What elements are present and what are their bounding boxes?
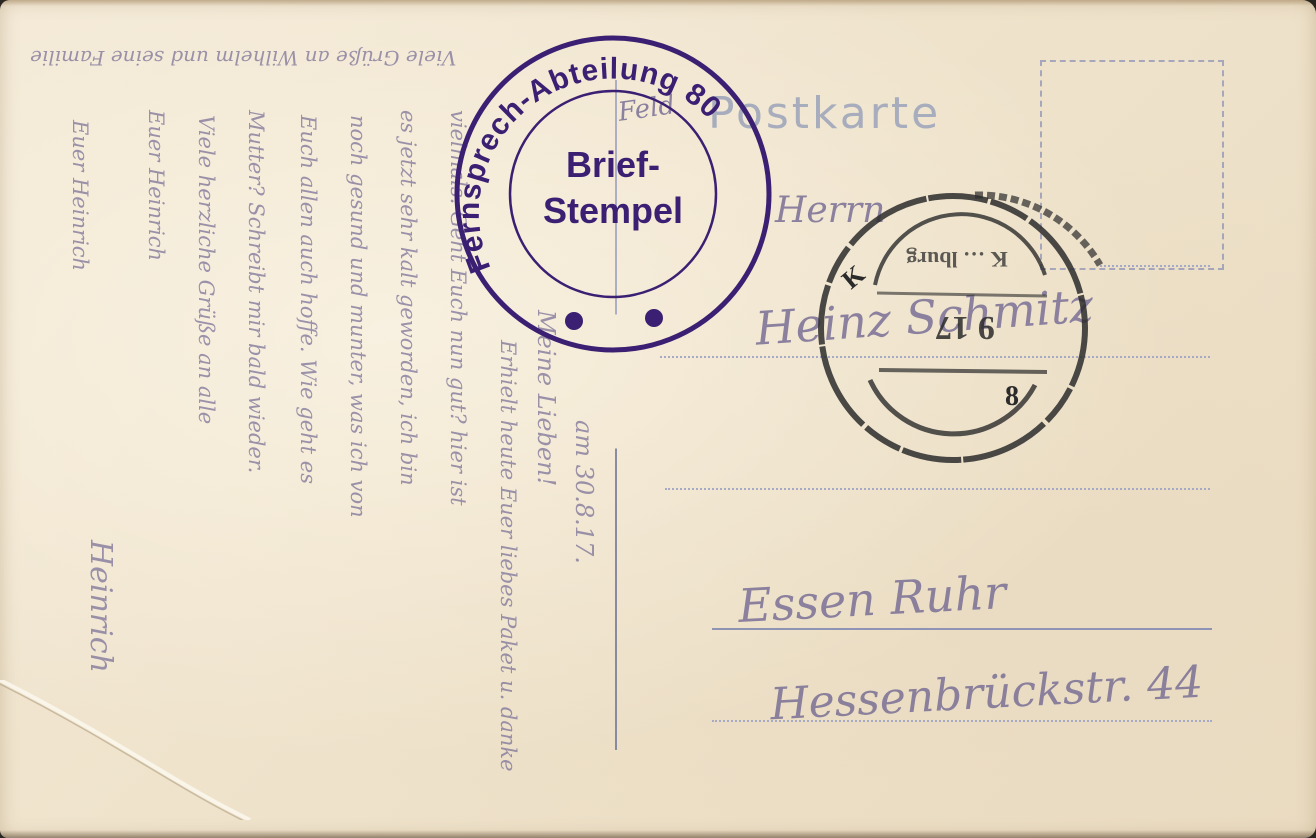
svg-text:K: K [836,259,871,295]
message-line: es jetzt sehr kalt geworden, ich bin [396,110,420,486]
field-stamp-center-text: Brief- Stempel [452,142,774,234]
field-unit-stamp: Fernsprech-Abteilung 80 Brief- Stempel [452,30,774,358]
message-line: Euer Heinrich [144,110,168,261]
message-line: Viele herzliche Grüße an alle [194,115,218,424]
message-line: noch gesund und munter, was ich von [346,115,370,518]
field-stamp-line-1: Brief- [452,142,774,188]
message-line: Euch allen auch hoffe. Wie geht es [296,115,320,484]
paper-crease [0,680,260,820]
field-stamp-line-2: Stempel [452,188,774,234]
message-date: am 30.8.17. [570,420,598,564]
message-line-closing: Euer Heinrich [68,120,92,271]
postmark-place-name: K … lburg [877,246,1037,272]
address-city: Essen Ruhr [737,565,1008,633]
svg-text:8: 8 [1005,381,1019,412]
message-line: Erhielt heute Euer liebes Paket u. danke [496,340,520,772]
address-line-0 [1100,265,1210,267]
message-line: Mutter? Schreibt mir bald wieder. [244,110,268,473]
message-top-line: Viele Grüße an Wilhelm und seine Familie [30,46,456,70]
postmark-date: 9 17 [885,308,1045,346]
message-signature: Heinrich [83,540,118,673]
address-line-2 [665,488,1210,490]
postmark: K 8 K … lburg 9 17 [815,180,1105,470]
postcard: Postkarte Feld Herrn Heinz Schmitz Essen… [0,0,1316,838]
